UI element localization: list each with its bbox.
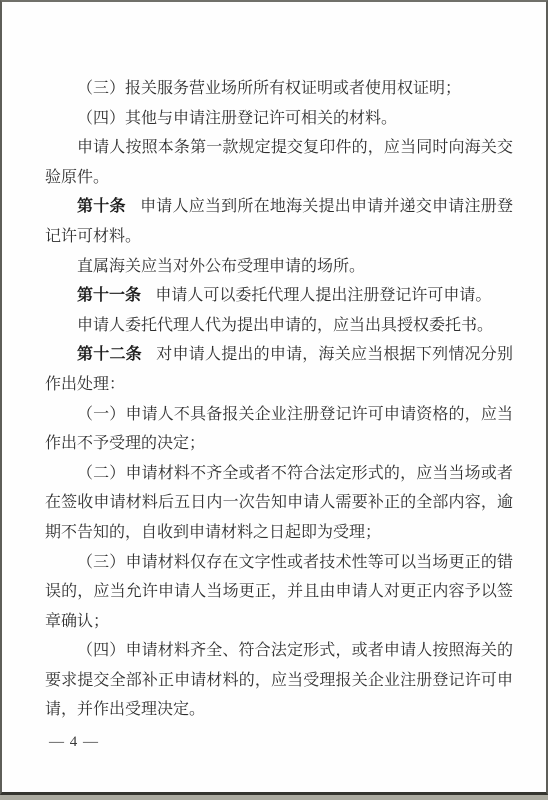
paragraph-text: （一）申请人不具备报关企业注册登记许可申请资格的，应当作出不予受理的决定； [45, 406, 513, 453]
paragraph: 直属海关应当对外公布受理申请的场所。 [45, 252, 513, 282]
page-footer: — 4 — [45, 730, 513, 754]
paragraph: （三）申请材料仅存在文字性或者技术性等可以当场更正的错误的，应当允许申请人当场更… [45, 548, 513, 637]
article-number: 第十一条 [77, 287, 141, 304]
document-page: （三）报关服务营业场所所有权证明或者使用权证明； （四）其他与申请注册登记许可相… [0, 0, 548, 795]
paragraph-text: 申请人委托代理人代为提出申请的，应当出具授权委托书。 [77, 317, 493, 334]
paragraph-text: （二）申请材料不齐全或者不符合法定形式的，应当当场或者在签收申请材料后五日内一次… [45, 465, 513, 541]
paragraph: 第十条申请人应当到所在地海关提出申请并递交申请注册登记许可材料。 [45, 192, 513, 251]
article-number: 第十二条 [77, 346, 142, 363]
paragraph: （一）申请人不具备报关企业注册登记许可申请资格的，应当作出不予受理的决定； [45, 400, 513, 459]
paragraph: 第十一条申请人可以委托代理人提出注册登记许可申请。 [45, 281, 513, 311]
paragraph: 申请人按照本条第一款规定提交复印件的，应当同时向海关交验原件。 [45, 133, 513, 192]
paragraph: 申请人委托代理人代为提出申请的，应当出具授权委托书。 [45, 311, 513, 341]
paragraph-text: 申请人按照本条第一款规定提交复印件的，应当同时向海关交验原件。 [45, 139, 513, 186]
paragraph: （四）申请材料齐全、符合法定形式，或者申请人按照海关的要求提交全部补正申请材料的… [45, 636, 513, 725]
paragraph: （三）报关服务营业场所所有权证明或者使用权证明； [45, 74, 513, 104]
paragraph-text: 直属海关应当对外公布受理申请的场所。 [77, 258, 365, 275]
paragraph-text: （四）其他与申请注册登记许可相关的材料。 [77, 110, 397, 127]
paragraph-text: （三）申请材料仅存在文字性或者技术性等可以当场更正的错误的，应当允许申请人当场更… [45, 554, 513, 630]
page-number: — 4 — [49, 734, 99, 750]
paragraph: （四）其他与申请注册登记许可相关的材料。 [45, 104, 513, 134]
paragraph-text: （三）报关服务营业场所所有权证明或者使用权证明； [77, 80, 461, 97]
article-number: 第十条 [77, 198, 126, 215]
paragraph: 第十二条对申请人提出的申请，海关应当根据下列情况分别作出处理： [45, 340, 513, 399]
document-body: （三）报关服务营业场所所有权证明或者使用权证明； （四）其他与申请注册登记许可相… [2, 2, 546, 754]
paragraph-text: （四）申请材料齐全、符合法定形式，或者申请人按照海关的要求提交全部补正申请材料的… [45, 642, 513, 718]
paragraph-text: 申请人可以委托代理人提出注册登记许可申请。 [155, 287, 491, 304]
paragraph: （二）申请材料不齐全或者不符合法定形式的，应当当场或者在签收申请材料后五日内一次… [45, 459, 513, 548]
